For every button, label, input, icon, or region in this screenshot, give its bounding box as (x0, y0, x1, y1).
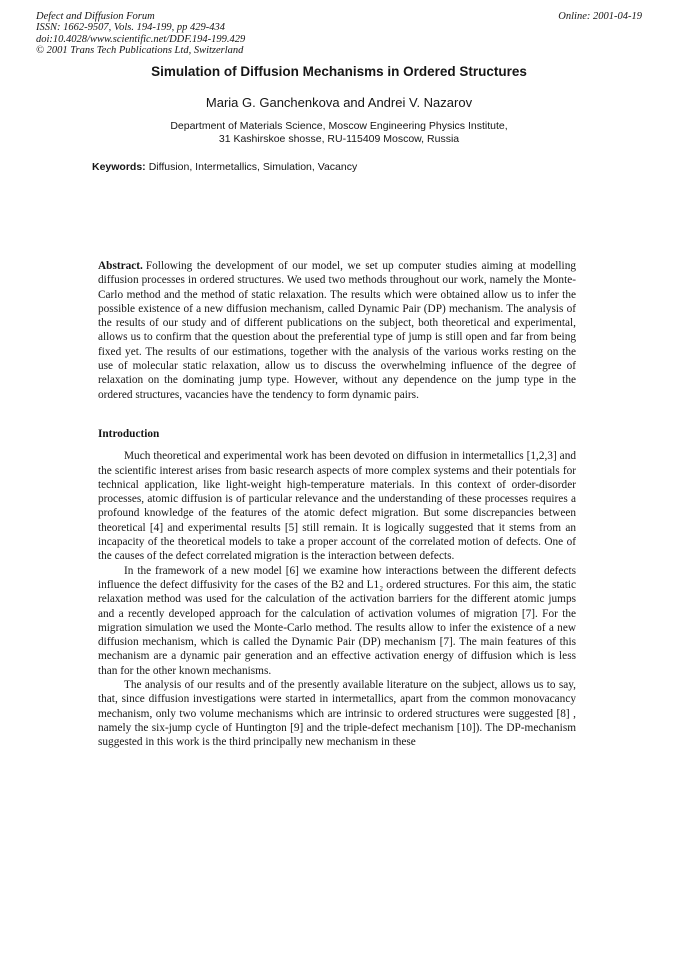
introduction-paragraph-3: The analysis of our results and of the p… (98, 678, 576, 749)
document-page: Defect and Diffusion Forum ISSN: 1662-95… (0, 0, 678, 959)
journal-issn: ISSN: 1662-9507, Vols. 194-199, pp 429-4… (36, 22, 245, 33)
authors-line: Maria G. Ganchenkova and Andrei V. Nazar… (0, 95, 678, 110)
journal-info: Defect and Diffusion Forum ISSN: 1662-95… (36, 11, 245, 56)
keywords-line: Keywords:Diffusion, Intermetallics, Simu… (92, 161, 357, 173)
journal-name: Defect and Diffusion Forum (36, 11, 245, 22)
introduction-paragraph-2: In the framework of a new model [6] we e… (98, 564, 576, 678)
abstract-text: Following the development of our model, … (98, 260, 576, 401)
keywords-label: Keywords: (92, 161, 146, 173)
abstract-paragraph: Abstract.Following the development of ou… (98, 259, 576, 402)
affiliation-line1: Department of Materials Science, Moscow … (0, 120, 678, 133)
affiliation-line2: 31 Kashirskoe shosse, RU-115409 Moscow, … (0, 133, 678, 146)
journal-copyright: © 2001 Trans Tech Publications Ltd, Swit… (36, 45, 245, 56)
section-heading-introduction: Introduction (98, 427, 576, 441)
keywords-list: Diffusion, Intermetallics, Simulation, V… (149, 161, 358, 173)
introduction-section: Introduction Much theoretical and experi… (98, 427, 576, 750)
introduction-paragraph-1: Much theoretical and experimental work h… (98, 449, 576, 563)
journal-doi: doi:10.4028/www.scientific.net/DDF.194-1… (36, 34, 245, 45)
journal-header: Defect and Diffusion Forum ISSN: 1662-95… (36, 11, 642, 56)
paper-title: Simulation of Diffusion Mechanisms in Or… (0, 64, 678, 80)
affiliation: Department of Materials Science, Moscow … (0, 120, 678, 145)
abstract-label: Abstract. (98, 260, 143, 272)
online-date: Online: 2001-04-19 (558, 11, 642, 22)
